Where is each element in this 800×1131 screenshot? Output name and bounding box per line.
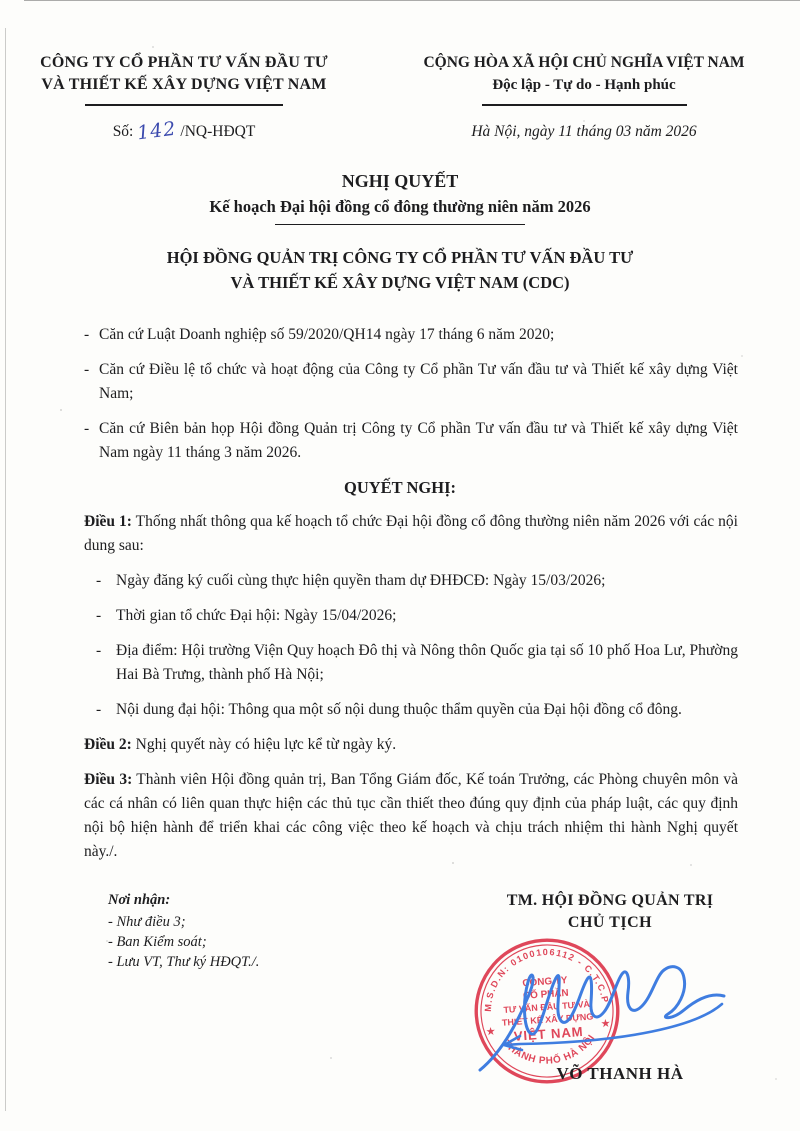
document-header: CÔNG TY CỔ PHẦN TƯ VẤN ĐẦU TƯ VÀ THIẾT K… [0, 0, 800, 144]
on-behalf-line: TM. HỘI ĐỒNG QUẢN TRỊ [450, 890, 770, 912]
document-footer: Nơi nhận: - Như điều 3; - Ban Kiểm soát;… [0, 890, 800, 1122]
list-dash: - [84, 358, 99, 382]
list-dash: - [96, 698, 116, 722]
seal-and-signature-area: M.S.D.N: 0100106112 - C.T.C.P THÀNH PHỐ … [450, 932, 770, 1122]
document-subtitle: Kế hoạch Đại hội đồng cổ đông thường niê… [0, 194, 800, 220]
subtitle-underline [275, 224, 525, 225]
article-1-text: Thống nhất thông qua kế hoạch tổ chức Đạ… [84, 513, 738, 554]
list-dash: - [96, 569, 116, 593]
document-number-suffix: /NQ-HĐQT [180, 123, 255, 140]
preamble-text: Căn cứ Luật Doanh nghiệp số 59/2020/QH14… [99, 326, 554, 343]
scan-artifact-top-line [24, 0, 800, 1]
preamble-item: -Căn cứ Biên bản họp Hội đồng Quản trị C… [84, 417, 738, 465]
signature-strokes [480, 967, 724, 1070]
article-1: Điều 1: Thống nhất thông qua kế hoạch tổ… [84, 510, 738, 558]
scan-noise [0, 0, 2, 2]
document-number-handwritten: 142 [136, 117, 178, 146]
document-number: Số: 142 /NQ-HĐQT [0, 118, 368, 144]
issuer-line1: HỘI ĐỒNG QUẢN TRỊ CÔNG TY CỔ PHẦN TƯ VẤN… [0, 245, 800, 270]
list-dash: - [84, 323, 99, 347]
article-1-item: -Ngày đăng ký cuối cùng thực hiện quyền … [96, 569, 738, 593]
item-text: Ngày đăng ký cuối cùng thực hiện quyền t… [116, 572, 605, 589]
article-2-label: Điều 2: [84, 736, 132, 753]
document-number-prefix: Số: [113, 123, 134, 140]
article-1-items: -Ngày đăng ký cuối cùng thực hiện quyền … [96, 569, 738, 722]
scan-artifact-left-line [5, 28, 6, 1111]
signature-block: TM. HỘI ĐỒNG QUẢN TRỊ CHỦ TỊCH M.S.D.N: … [450, 890, 770, 1122]
preamble-section: -Căn cứ Luật Doanh nghiệp số 59/2020/QH1… [0, 323, 800, 465]
article-1-item: -Thời gian tổ chức Đại hội: Ngày 15/04/2… [96, 604, 738, 628]
place-and-date: Hà Nội, ngày 11 tháng 03 năm 2026 [368, 120, 800, 144]
article-1-item: -Nội dung đại hội: Thông qua một số nội … [96, 698, 738, 722]
list-dash: - [96, 604, 116, 628]
preamble-text: Căn cứ Điều lệ tổ chức và hoạt động của … [99, 361, 738, 402]
articles-section: Điều 1: Thống nhất thông qua kế hoạch tổ… [0, 510, 800, 864]
preamble-item: -Căn cứ Điều lệ tổ chức và hoạt động của… [84, 358, 738, 406]
resolution-heading: QUYẾT NGHỊ: [0, 476, 800, 500]
recipient-line: - Lưu VT, Thư ký HĐQT./. [108, 952, 358, 972]
recipient-line: - Ban Kiểm soát; [108, 932, 358, 952]
signer-name: VÕ THANH HÀ [510, 1062, 730, 1086]
company-underline [85, 104, 283, 106]
list-dash: - [96, 639, 116, 663]
company-name-line1: CÔNG TY CỔ PHẦN TƯ VẤN ĐẦU TƯ [0, 52, 368, 74]
title-block: NGHỊ QUYẾT Kế hoạch Đại hội đồng cổ đông… [0, 168, 800, 295]
recipients-block: Nơi nhận: - Như điều 3; - Ban Kiểm soát;… [108, 890, 358, 1122]
document-title: NGHỊ QUYẾT [0, 168, 800, 194]
article-2: Điều 2: Nghị quyết này có hiệu lực kể từ… [84, 733, 738, 757]
preamble-item: -Căn cứ Luật Doanh nghiệp số 59/2020/QH1… [84, 323, 738, 347]
motto-underline [482, 104, 687, 106]
article-1-label: Điều 1: [84, 513, 132, 530]
scanned-resolution-document: CÔNG TY CỔ PHẦN TƯ VẤN ĐẦU TƯ VÀ THIẾT K… [0, 0, 800, 1131]
company-name-line2: VÀ THIẾT KẾ XÂY DỰNG VIỆT NAM [0, 74, 368, 96]
item-text: Nội dung đại hội: Thông qua một số nội d… [116, 701, 682, 718]
article-2-text: Nghị quyết này có hiệu lực kể từ ngày ký… [136, 736, 396, 753]
article-3: Điều 3: Thành viên Hội đồng quản trị, Ba… [84, 768, 738, 864]
item-text: Thời gian tổ chức Đại hội: Ngày 15/04/20… [116, 607, 396, 624]
article-3-text: Thành viên Hội đồng quản trị, Ban Tổng G… [84, 771, 738, 860]
issuing-company-block: CÔNG TY CỔ PHẦN TƯ VẤN ĐẦU TƯ VÀ THIẾT K… [0, 52, 368, 144]
national-motto-block: CỘNG HÒA XÃ HỘI CHỦ NGHĨA VIỆT NAM Độc l… [368, 52, 800, 144]
article-3-label: Điều 3: [84, 771, 132, 788]
recipient-line: - Như điều 3; [108, 912, 358, 932]
signer-role: CHỦ TỊCH [450, 912, 770, 934]
recipients-heading: Nơi nhận: [108, 890, 358, 910]
item-text: Địa điểm: Hội trường Viện Quy hoạch Đô t… [116, 642, 738, 683]
list-dash: - [84, 417, 99, 441]
issuer-heading: HỘI ĐỒNG QUẢN TRỊ CÔNG TY CỔ PHẦN TƯ VẤN… [0, 245, 800, 295]
preamble-text: Căn cứ Biên bản họp Hội đồng Quản trị Cô… [99, 420, 738, 461]
national-header-line1: CỘNG HÒA XÃ HỘI CHỦ NGHĨA VIỆT NAM [368, 52, 800, 74]
national-header-line2: Độc lập - Tự do - Hạnh phúc [368, 74, 800, 96]
issuer-line2: VÀ THIẾT KẾ XÂY DỰNG VIỆT NAM (CDC) [0, 270, 800, 295]
article-1-item: -Địa điểm: Hội trường Viện Quy hoạch Đô … [96, 639, 738, 687]
